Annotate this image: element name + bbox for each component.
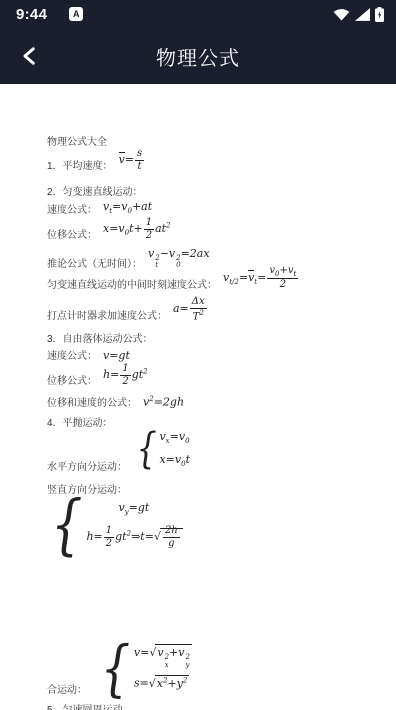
left-brace: { <box>137 430 157 468</box>
formula: v=st <box>119 148 146 172</box>
formula-line: v=√v2x+v2y <box>134 646 192 669</box>
formula: v2=2gh <box>143 395 184 409</box>
formula: a=ΔxT2 <box>173 296 208 322</box>
formula-line: vy=gt <box>86 501 182 517</box>
section-projectile: 4．平抛运动： <box>47 417 113 430</box>
formula-line: x=v0t <box>159 453 190 469</box>
formula-row-combined-motion: 合运动： { v=√v2x+v2y s=√x2+y2 <box>47 642 192 697</box>
app-screen: 9:44 A 物理公式 物理公式大全 1．平均速度： v=st 2．匀变速直线运… <box>0 0 396 710</box>
formula: vt/2=vt=v0+vt2 <box>223 265 299 291</box>
app-notification-icon: A <box>69 7 83 21</box>
formula: vt=v0+at <box>103 200 152 216</box>
formula-row-vertical-motion: { vy=gt h=12gt2⇒t=√2hg <box>47 497 183 554</box>
formula-row-midtime-velocity: 匀变速直线运动的中间时刻速度公式： vt/2=vt=v0+vt2 <box>47 265 299 292</box>
formula-row-freefall-displacement: 位移公式： h=12gt2 <box>47 363 148 388</box>
section-free-fall: 3．自由落体运动公式： <box>47 333 153 346</box>
cases-vertical: { vy=gt h=12gt2⇒t=√2hg <box>47 497 183 553</box>
wifi-icon <box>333 8 350 21</box>
formula: v=gt <box>103 349 130 362</box>
formula-row-average-velocity: 1．平均速度： v=st <box>47 148 145 173</box>
section-circular-motion: 5．匀速圆周运动 <box>47 704 123 710</box>
formula-row-displacement-velocity: 位移和速度的公式： v2=2gh <box>47 395 184 410</box>
cases-combined: { v=√v2x+v2y s=√x2+y2 <box>97 642 192 694</box>
formula-row-velocity: 速度公式： vt=v0+at <box>47 200 152 217</box>
formula: h=12gt2 <box>103 363 148 387</box>
formula-line: vx=v0 <box>159 430 190 446</box>
formula-row-timer-acceleration: 打点计时器求加速度公式： a=ΔxT2 <box>47 296 208 323</box>
formula-line: s=√x2+y2 <box>134 676 192 690</box>
section-uniform-acceleration: 2．匀变速直线运动： <box>47 186 143 199</box>
formula-row-freefall-velocity: 速度公式： v=gt <box>47 349 130 363</box>
cases-horizontal: { vx=v0 x=v0t <box>134 430 190 468</box>
formula: x=v0t+12at2 <box>103 217 171 241</box>
formula-row-displacement: 位移公式： x=v0t+12at2 <box>47 217 171 242</box>
page-title: 物理公式 <box>0 42 396 71</box>
status-bar: 9:44 A <box>0 0 396 28</box>
app-bar: 物理公式 <box>0 28 396 84</box>
left-brace: { <box>101 641 131 696</box>
signal-icon <box>355 8 370 21</box>
formula-line: h=12gt2⇒t=√2hg <box>86 525 182 549</box>
battery-charging-icon <box>375 7 384 22</box>
formula-row-horizontal-motion: 水平方向分运动： { vx=v0 x=v0t <box>47 430 190 474</box>
formula-document[interactable]: 物理公式大全 1．平均速度： v=st 2．匀变速直线运动： 速度公式： vt=… <box>0 84 396 710</box>
left-brace: { <box>51 496 83 555</box>
status-time: 9:44 <box>16 6 47 23</box>
